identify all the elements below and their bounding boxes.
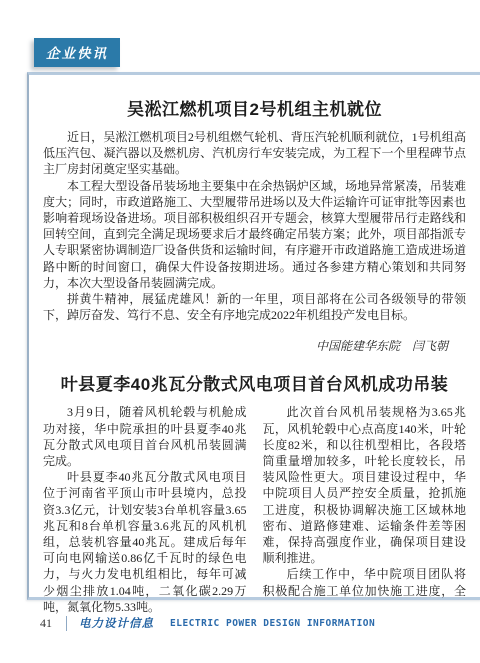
journal-title-cn: 电力设计信息 bbox=[79, 615, 154, 631]
content-frame: 吴淞江燃机项目2号机组主机就位 近日，吴淞江燃机项目2号机组燃气轮机、背压汽轮机… bbox=[27, 72, 480, 600]
article2-paragraph: 叶县夏李40兆瓦分散式风电项目位于河南省平顶山市叶县境内，总投资3.3亿元，计划… bbox=[43, 469, 247, 615]
page-number: 41 bbox=[40, 616, 52, 631]
article1-title: 吴淞江燃机项目2号机组主机就位 bbox=[43, 95, 466, 120]
article2-body: 3月9日，随着风机轮毂与机舱成功对接，华中院承担的叶县夏李40兆瓦分散式风电项目… bbox=[43, 404, 466, 618]
footer-divider bbox=[66, 616, 67, 631]
article1-byline: 中国能建华东院 闫飞朝 bbox=[43, 337, 466, 354]
section-badge: 企业快讯 bbox=[34, 38, 120, 67]
article2-paragraph: 此次首台风机吊装规格为3.65兆瓦，风机轮毂中心点高度140米，叶轮长度82米，… bbox=[263, 404, 467, 566]
article1-paragraph: 本工程大型设备吊装场地主要集中在余热锅炉区域，场地异常紧凑，吊装难度大；同时，市… bbox=[43, 178, 466, 291]
article2-paragraph: 3月9日，随着风机轮毂与机舱成功对接，华中院承担的叶县夏李40兆瓦分散式风电项目… bbox=[43, 404, 247, 469]
article1-paragraph: 拼黄牛精神，展猛虎雄风！新的一年里，项目部将在公司各级领导的带领下，踔厉奋发、笃… bbox=[43, 291, 466, 323]
article2-title: 叶县夏李40兆瓦分散式风电项目首台风机成功吊装 bbox=[43, 370, 466, 395]
page-footer: 41 电力设计信息 ELECTRIC POWER DESIGN INFORMAT… bbox=[40, 614, 375, 632]
article1-paragraph: 近日，吴淞江燃机项目2号机组燃气轮机、背压汽轮机顺利就位，1号机组高低压汽包、凝… bbox=[43, 129, 466, 178]
article1-body: 近日，吴淞江燃机项目2号机组燃气轮机、背压汽轮机顺利就位，1号机组高低压汽包、凝… bbox=[43, 129, 466, 323]
journal-title-en: ELECTRIC POWER DESIGN INFORMATION bbox=[170, 618, 375, 629]
